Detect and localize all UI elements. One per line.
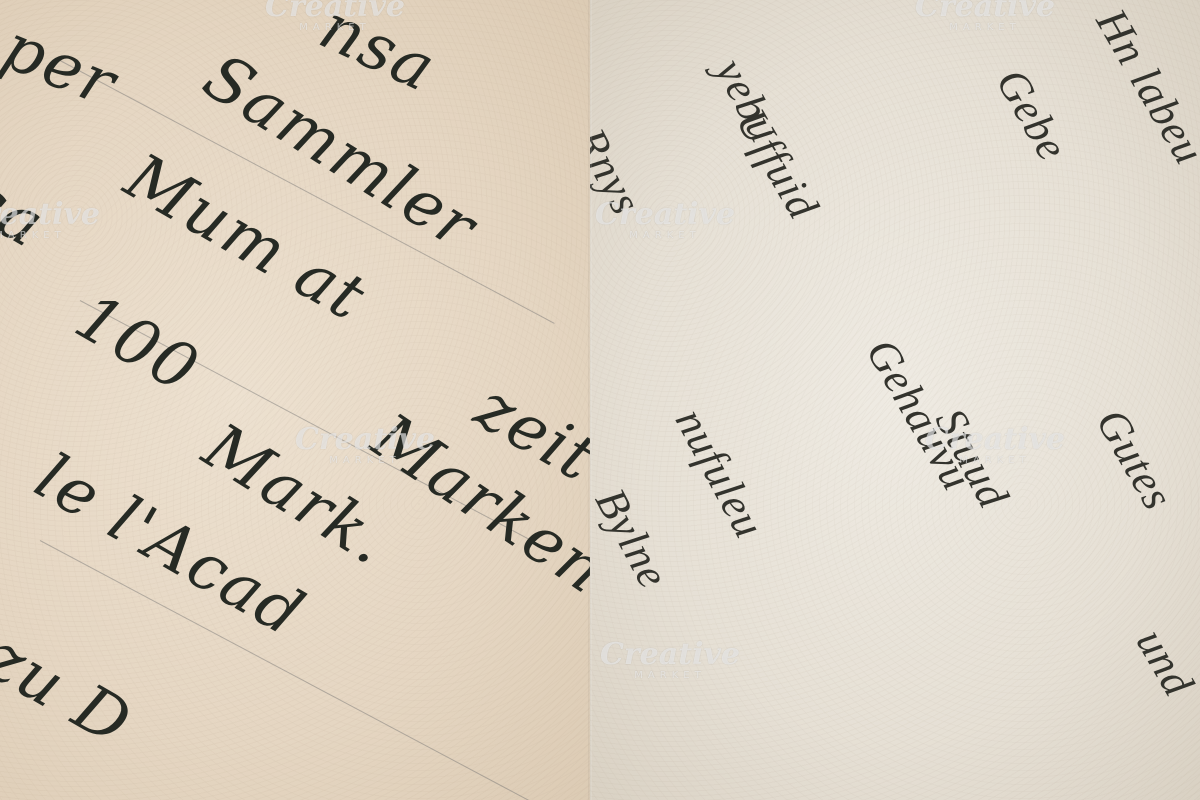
right-paper-texture: Hn labeu und Gutes yebu Uffuid nufuleu B… — [590, 0, 1200, 800]
panel-divider — [588, 0, 592, 800]
left-paper-texture: per nsa Sammler Mum at 100 zeit Mark. Ma… — [0, 0, 590, 800]
